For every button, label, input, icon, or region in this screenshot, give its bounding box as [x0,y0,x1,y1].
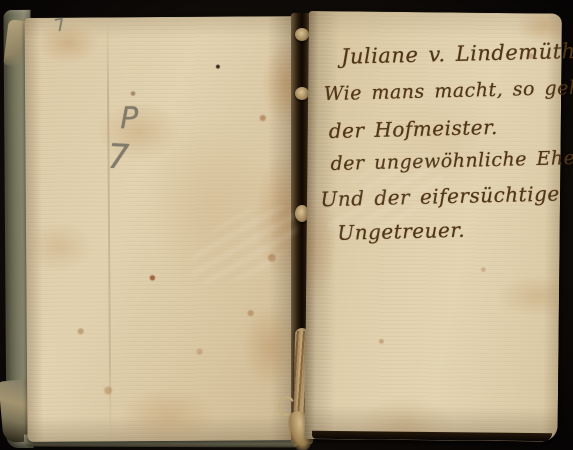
stitch-knot [295,87,309,100]
page-shadow [312,431,552,442]
manuscript-line: Und der eifersüchtige [320,181,560,211]
right-page: Juliane v. Lindemüth Wie mans macht, so … [305,11,562,442]
page-crease [107,17,112,441]
left-page: 7 P 7 [25,16,298,442]
manuscript-line: Ungetreuer. [337,218,465,245]
manuscript-line: der ungewöhnliche Ehemann. [330,146,573,175]
manuscript-line: Wie mans macht, so gehts. [324,76,573,105]
pencil-mark-number: 7 [107,137,130,178]
photo-of-open-manuscript-book: 7 P 7 Juliane v. Lindemüth Wie mans mach… [0,0,573,450]
stitch-knot [295,28,309,41]
manuscript-line: Juliane v. Lindemüth [341,39,573,69]
manuscript-line: der Hofmeister. [329,115,499,143]
pencil-mark-corner-number: 7 [53,15,67,37]
pencil-mark-letter: P [120,101,138,136]
handwritten-manuscript-text: Juliane v. Lindemüth Wie mans macht, so … [323,40,553,46]
